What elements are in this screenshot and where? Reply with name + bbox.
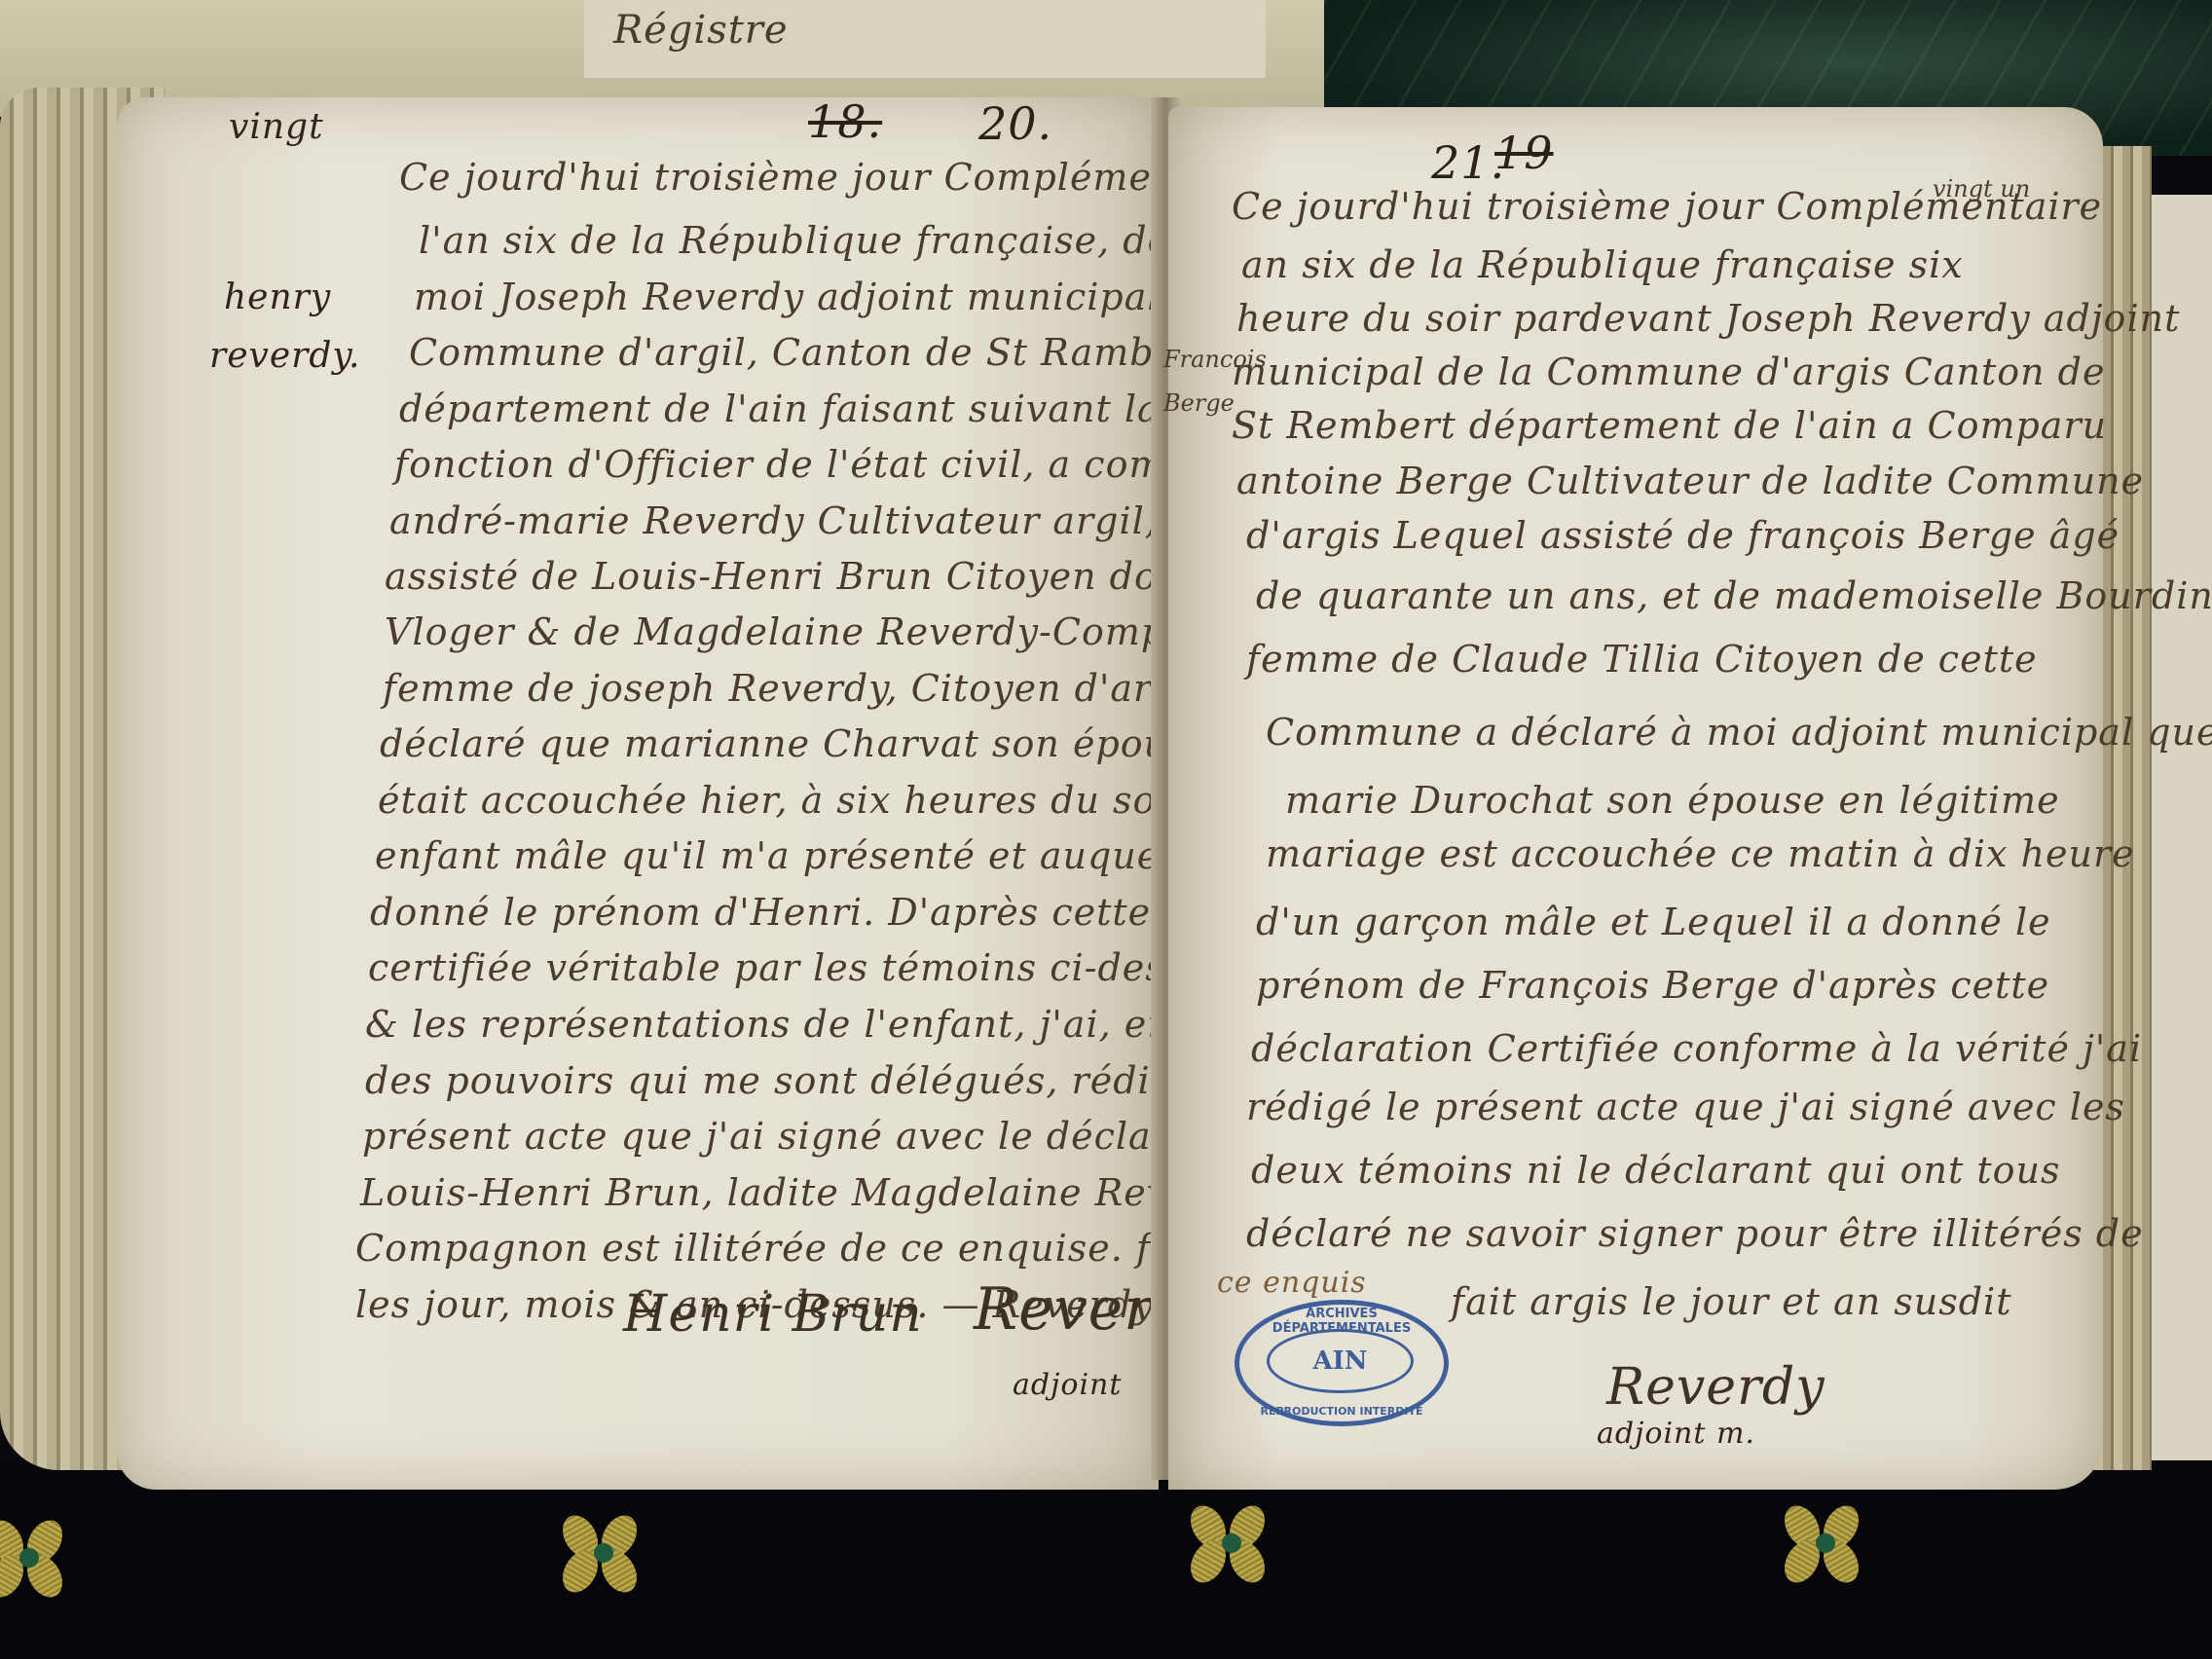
stamp-center: AIN bbox=[1267, 1329, 1414, 1393]
text-line: enfant mâle qu'il m'a présenté et auquel… bbox=[375, 834, 1247, 877]
text-line: heure du soir pardevant Joseph Reverdy a… bbox=[1236, 297, 2180, 340]
embroidered-flower-icon bbox=[1787, 1504, 1864, 1582]
text-line: Ce jourd'hui troisième jour Complémentai… bbox=[1232, 185, 2102, 228]
header-note: Régistre bbox=[613, 8, 789, 53]
text-line: d'un garçon mâle et Lequel il a donné le bbox=[1256, 901, 2051, 943]
stamp-bottom-text: REPRODUCTION INTERDITE bbox=[1239, 1405, 1444, 1418]
text-line: était accouchée hier, à six heures du so… bbox=[378, 779, 1286, 822]
margin-note: henry bbox=[224, 277, 331, 317]
embroidered-flower-icon bbox=[1193, 1504, 1271, 1582]
text-line: marie Durochat son épouse en légitime bbox=[1285, 779, 2060, 822]
signature-title: adjoint bbox=[1013, 1368, 1122, 1402]
text-line: déclaration Certifiée conforme à la véri… bbox=[1251, 1027, 2142, 1070]
text-line: des pouvoirs qui me sont délégués, rédig… bbox=[365, 1059, 1246, 1102]
text-line: mariage est accouchée ce matin à dix heu… bbox=[1266, 832, 2135, 875]
text-line: deux témoins ni le déclarant qui ont tou… bbox=[1251, 1149, 2061, 1192]
archive-stamp: ARCHIVES DÉPARTEMENTALES AIN REPRODUCTIO… bbox=[1235, 1300, 1449, 1426]
signature-title: adjoint m. bbox=[1597, 1417, 1755, 1451]
margin-note: Berge bbox=[1163, 389, 1235, 417]
text-line: antoine Berge Cultivateur de ladite Comm… bbox=[1236, 460, 2144, 502]
text-line: Louis-Henri Brun, ladite Magdelaine Reve… bbox=[360, 1171, 1270, 1214]
margin-note: vingt bbox=[229, 107, 324, 147]
text-line: Commune a déclaré à moi adjoint municipa… bbox=[1266, 711, 2212, 754]
page-number-struck: 18. bbox=[808, 95, 882, 148]
embroidered-flower-icon bbox=[0, 1519, 68, 1597]
text-line: Commune d'argil, Canton de St Rambert bbox=[409, 331, 1212, 374]
text-line: déclaré ne savoir signer pour être illit… bbox=[1246, 1212, 2144, 1255]
text-line: d'argis Lequel assisté de françois Berge… bbox=[1246, 514, 2120, 557]
page-number: 20. bbox=[978, 97, 1052, 150]
text-line: fait argis le jour et an susdit bbox=[1451, 1280, 2011, 1323]
text-line: présent acte que j'ai signé avec le décl… bbox=[362, 1115, 1285, 1158]
signature-reverdy: Reverdy bbox=[1606, 1358, 1825, 1417]
text-line: département de l'ain faisant suivant la … bbox=[399, 387, 1222, 430]
text-line: l'an six de la République française, dev… bbox=[419, 219, 1256, 262]
text-line: ce enquis bbox=[1217, 1266, 1367, 1300]
text-line: de quarante un ans, et de mademoiselle B… bbox=[1256, 574, 2212, 617]
text-line: St Rembert département de l'ain a Compar… bbox=[1232, 404, 2107, 447]
text-line: moi Joseph Reverdy adjoint municipal de … bbox=[414, 276, 1269, 318]
underlying-page-right bbox=[2142, 195, 2212, 1460]
text-line: fonction d'Officier de l'état civil, a c… bbox=[394, 443, 1256, 486]
text-line: municipal de la Commune d'argis Canton d… bbox=[1232, 350, 2105, 393]
background-cloth bbox=[0, 1460, 2212, 1659]
stamp-center-text: AIN bbox=[1312, 1346, 1367, 1376]
page-number-struck: 19 bbox=[1494, 127, 1554, 179]
text-line: femme de Claude Tillia Citoyen de cette bbox=[1246, 638, 2038, 681]
embroidered-flower-icon bbox=[565, 1514, 643, 1592]
text-line: an six de la République française six bbox=[1241, 243, 1964, 286]
text-line: prénom de François Berge d'après cette bbox=[1256, 964, 2049, 1007]
text-line: rédigé le présent acte que j'ai signé av… bbox=[1246, 1086, 2125, 1128]
signature-brun: Henri Brun bbox=[623, 1285, 923, 1344]
margin-note: reverdy. bbox=[209, 336, 360, 376]
